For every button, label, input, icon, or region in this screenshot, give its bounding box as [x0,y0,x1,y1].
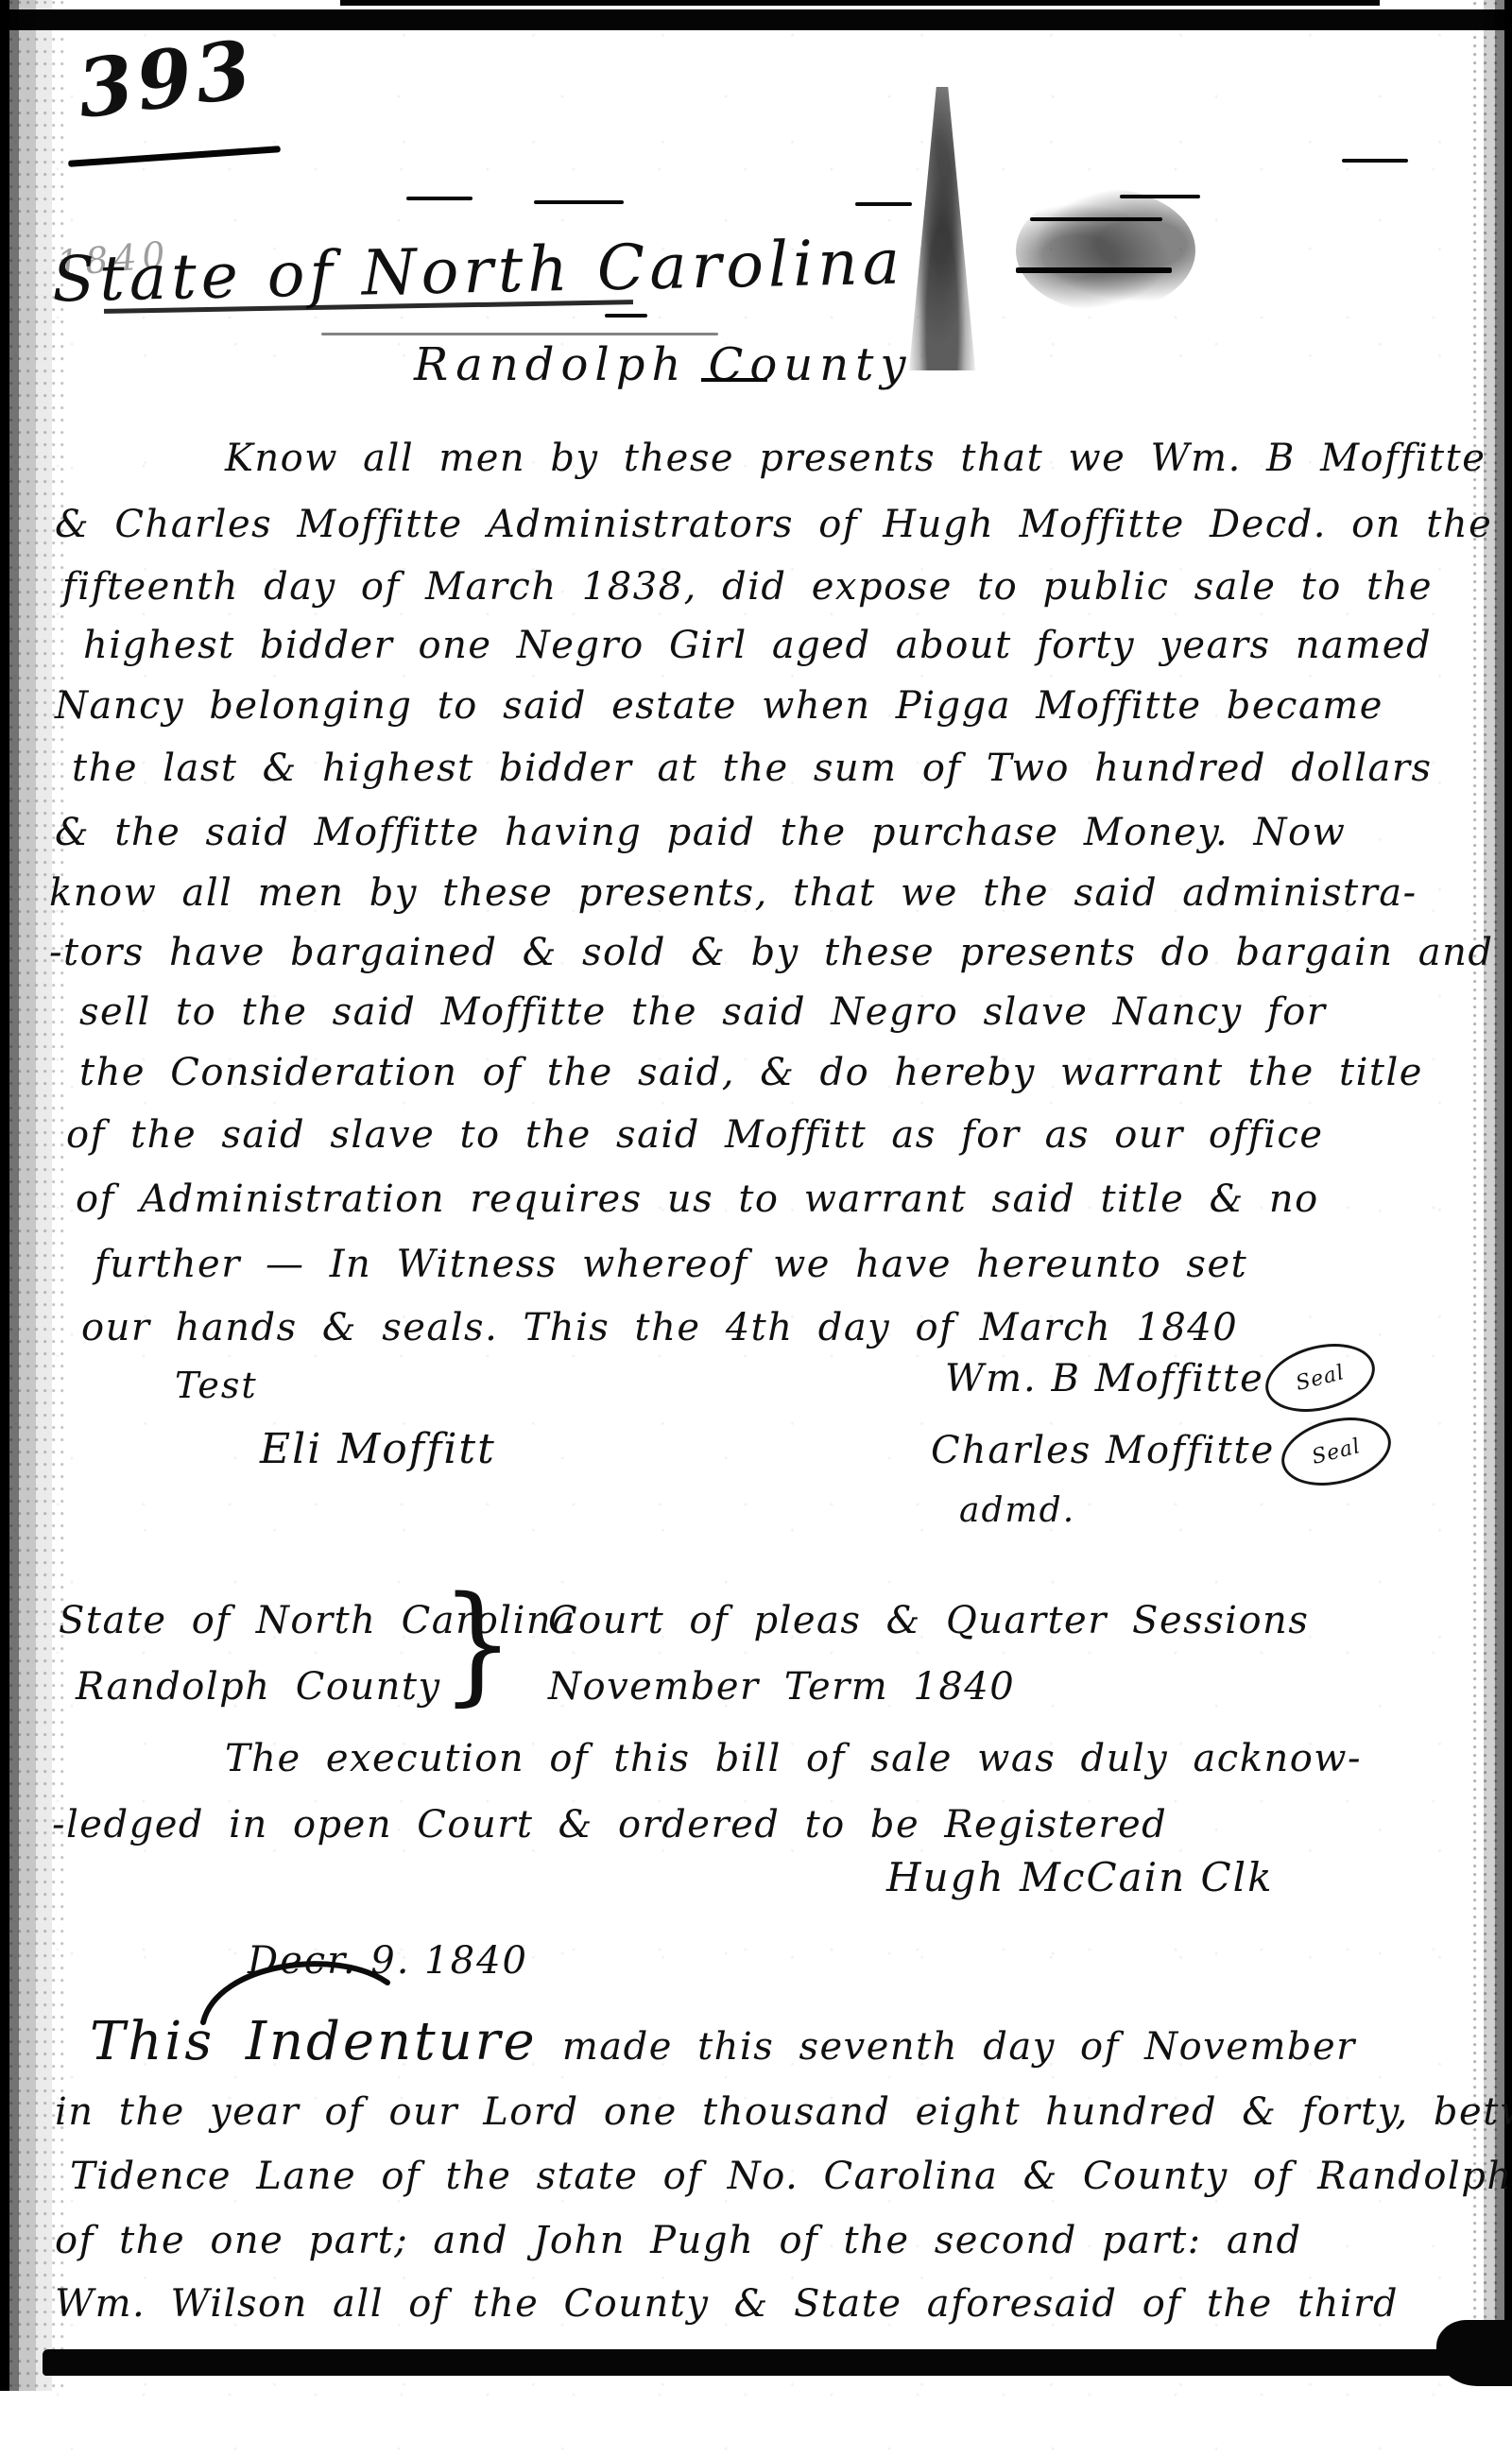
deed1-body-line: -tors have bargained & sold & by these p… [49,931,1494,974]
deed2-line1-rest: made this seventh day of November [562,2025,1356,2069]
cert-term: November Term 1840 [548,1665,1015,1709]
deed1-body-line: highest bidder one Negro Girl aged about… [83,624,1432,667]
page-number: 393 [73,22,260,136]
deed1-body-line: know all men by these presents, that we … [49,871,1417,915]
deed2-body-line: in the year of our Lord one thousand eig… [55,2090,1512,2134]
scan-edge-corner [1436,2320,1512,2386]
deed2-lead-words: This Indenture [90,2011,538,2072]
scan-edge-right [1469,0,1512,2381]
seal-flourish: Seal [1275,1407,1399,1497]
scan-edge-left [0,0,66,2391]
cert-body-line: The execution of this bill of sale was d… [225,1737,1362,1780]
ink-smudge [1016,189,1195,312]
seal-label: Seal [1294,1361,1348,1396]
deed1-body-line: Nancy belonging to said estate when Pigg… [55,684,1383,728]
clerk-signature: Hugh McCain Clk [886,1854,1274,1900]
deed1-body-line: & Charles Moffitte Administrators of Hug… [55,503,1492,546]
deed1-body-line: further — In Witness whereof we have her… [94,1243,1247,1286]
deed1-body-line: sell to the said Moffitte the said Negro… [79,990,1326,1034]
scratch-mark [605,314,647,318]
deed1-body-line: of the said slave to the said Moffitt as… [66,1113,1324,1157]
deed1-body-line: of Administration requires us to warrant… [76,1177,1319,1221]
cert-county: Randolph County [76,1665,441,1709]
scratch-mark [406,197,472,200]
attest-label: Test [175,1365,258,1406]
cert-body-line: -ledged in open Court & ordered to be Re… [52,1803,1167,1847]
scratch-mark [1342,159,1408,163]
scratch-mark [855,202,912,206]
cert-brace: } [440,1580,514,1709]
deed2-body-line: of the one part; and John Pugh of the se… [55,2219,1302,2262]
deed1-body-line: the last & highest bidder at the sum of … [72,747,1432,790]
deed1-body-line: the Consideration of the said, & do here… [79,1051,1423,1094]
administrator-note: admd. [959,1491,1075,1530]
ink-smudge [905,87,979,370]
seal-label: Seal [1310,1435,1364,1469]
deed1-body-line: Know all men by these presents that we W… [225,437,1486,480]
cert-court: Court of pleas & Quarter Sessions [548,1599,1309,1642]
scan-edge-bottom [43,2349,1512,2376]
deed2-body-line: Tidence Lane of the state of No. Carolin… [70,2155,1512,2198]
scan-edge-top-fragment [340,0,1380,6]
deed1-body-line: our hands & seals. This the 4th day of M… [81,1306,1238,1349]
scratch-mark [534,200,624,204]
witness-signature: Eli Moffitt [260,1425,496,1473]
signer1-signature: Wm. B Moffitte [945,1357,1264,1400]
seal-flourish: Seal [1259,1333,1383,1423]
page-number-underline [68,146,281,167]
deed1-county: Randolph County [414,338,913,391]
signer2-signature: Charles Moffitte [931,1429,1275,1472]
deed1-body-line: fifteenth day of March 1838, did expose … [62,565,1433,609]
county-dash [701,378,767,382]
deed2-opening-line: This Indenture made this seventh day of … [90,2011,1356,2072]
scanned-deed-page: 393 1840 State of North Carolina Randolp… [0,0,1512,2457]
crossed-out-scribble [321,333,718,335]
deed2-body-line: Wm. Wilson all of the County & State afo… [55,2282,1399,2326]
deed1-body-line: & the said Moffitte having paid the purc… [55,811,1346,854]
